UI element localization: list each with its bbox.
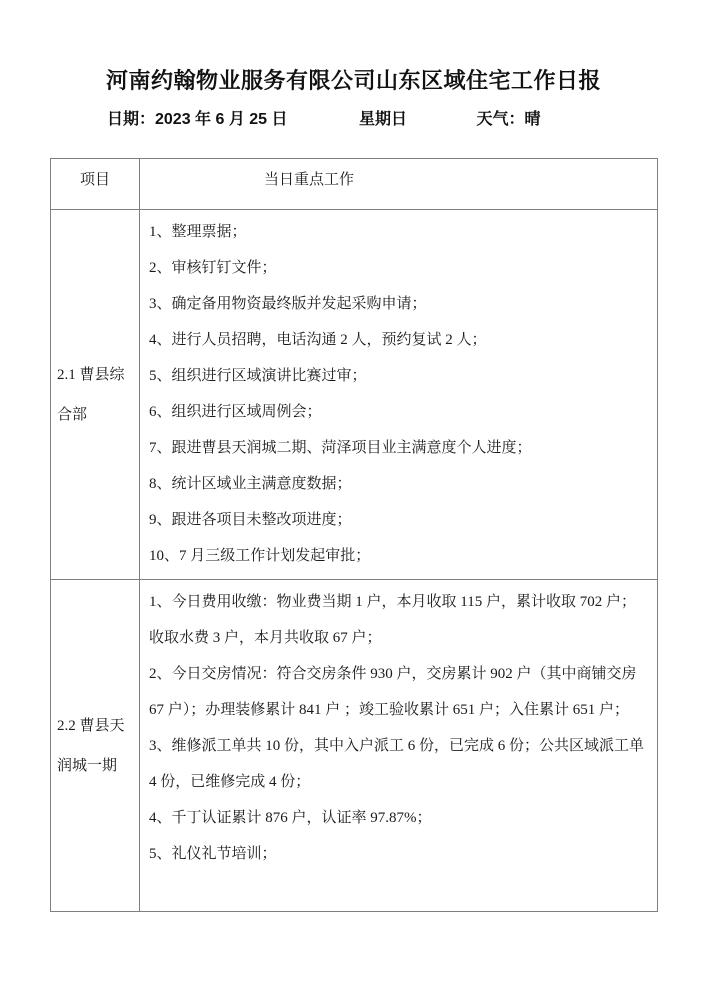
weather-label: 天气：晴 (476, 111, 540, 128)
work-item: 4、进行人员招聘，电话沟通 2 人，预约复试 2 人； (149, 322, 647, 358)
page-title: 河南约翰物业服务有限公司山东区域住宅工作日报 (0, 66, 707, 96)
table-row: 2.2 曹县天 润城一期 1、今日费用收缴：物业费当期 1 户，本月收取 115… (51, 580, 658, 912)
work-item: 7、跟进曹县天润城二期、菏泽项目业主满意度个人进度； (149, 430, 647, 466)
work-item: 8、统计区域业主满意度数据； (149, 466, 647, 502)
daily-report-table: 项目 当日重点工作 2.1 曹县综 合部 1、整理票据； 2、审核钉钉文件； 3… (50, 158, 658, 912)
work-item: 1、今日费用收缴：物业费当期 1 户，本月收取 115 户，累计收取 702 户… (149, 584, 647, 656)
work-item: 2、审核钉钉文件； (149, 250, 647, 286)
work-item: 4、千丁认证累计 876 户，认证率 97.87%； (149, 800, 647, 836)
work-items-cell: 1、整理票据； 2、审核钉钉文件； 3、确定备用物资最终版并发起采购申请； 4、… (140, 210, 658, 580)
work-item: 2、今日交房情况：符合交房条件 930 户，交房累计 902 户（其中商铺交房 … (149, 656, 647, 728)
project-cell-caoxian-zonghebu: 2.1 曹县综 合部 (51, 210, 140, 580)
work-item: 3、确定备用物资最终版并发起采购申请； (149, 286, 647, 322)
table-row: 2.1 曹县综 合部 1、整理票据； 2、审核钉钉文件； 3、确定备用物资最终版… (51, 210, 658, 580)
column-header-work: 当日重点工作 (140, 159, 658, 210)
date-label: 日期：2023 年 6 月 25 日 (107, 111, 288, 128)
work-item: 5、礼仪礼节培训； (149, 836, 647, 872)
work-item: 10、7 月三级工作计划发起审批； (149, 538, 647, 574)
work-item: 5、组织进行区域演讲比赛过审； (149, 358, 647, 394)
table-header-row: 项目 当日重点工作 (51, 159, 658, 210)
work-item: 1、整理票据； (149, 214, 647, 250)
work-item: 6、组织进行区域周例会； (149, 394, 647, 430)
work-item: 9、跟进各项目未整改项进度； (149, 502, 647, 538)
project-cell-caoxian-tianruncheng: 2.2 曹县天 润城一期 (51, 580, 140, 912)
document-page: 河南约翰物业服务有限公司山东区域住宅工作日报 日期：2023 年 6 月 25 … (0, 0, 707, 999)
work-items-cell: 1、今日费用收缴：物业费当期 1 户，本月收取 115 户，累计收取 702 户… (140, 580, 658, 912)
weekday-label: 星期日 (359, 111, 407, 128)
work-item: 3、维修派工单共 10 份，其中入户派工 6 份，已完成 6 份；公共区域派工单… (149, 728, 647, 800)
column-header-project: 项目 (51, 159, 140, 210)
date-row: 日期：2023 年 6 月 25 日 星期日 天气：晴 (0, 108, 707, 132)
